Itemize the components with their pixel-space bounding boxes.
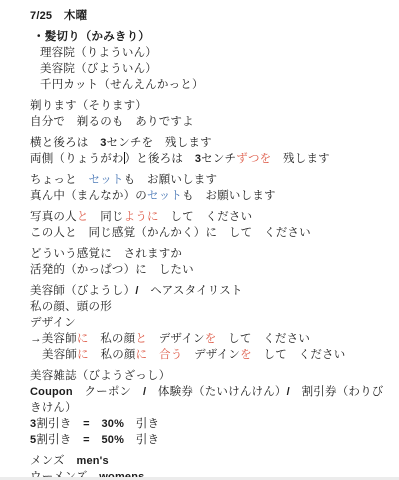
text-segment: 美容雑誌（びようざっし） xyxy=(30,370,170,382)
shave-section: 剃ります（そります）自分で 剃るのも ありですよ xyxy=(30,98,393,130)
text-segment: 私の顔 xyxy=(89,349,136,361)
text-line[interactable]: 横と後ろは 3センチを 残します xyxy=(30,135,393,151)
text-line[interactable]: 3割引き = 30% 引き xyxy=(30,416,393,432)
stylist-section: 美容師（びようし）/ ヘアスタイリスト私の顔、頭の形デザイン→美容師に 私の顔と… xyxy=(30,283,393,363)
text-segment: 木曜 xyxy=(52,10,87,22)
text-segment: 引き xyxy=(124,434,159,446)
text-line[interactable]: 美容雑誌（びようざっし） xyxy=(30,368,393,384)
text-segment xyxy=(90,418,102,430)
text-segment: して ください xyxy=(216,333,310,345)
text-segment xyxy=(90,434,102,446)
text-segment: 引き xyxy=(124,418,159,430)
highlighted-text: と xyxy=(135,333,147,345)
text-segment: して ください xyxy=(159,211,253,223)
text-segment: 自分で 剃るのも ありですよ xyxy=(30,116,194,128)
text-segment: 横と後ろは xyxy=(30,137,100,149)
date-header: 7/25 木曜 xyxy=(30,8,393,24)
text-segment: デザイン xyxy=(182,349,240,361)
text-segment: 割引き xyxy=(36,434,83,446)
text-segment: = xyxy=(83,434,90,446)
text-line[interactable]: 理容院（りよういん） xyxy=(30,45,393,61)
feeling-section: どういう感覚に されますか活発的（かっぱつ）に したい xyxy=(30,246,393,278)
text-line[interactable]: どういう感覚に されますか xyxy=(30,246,393,262)
text-segment: 7/25 xyxy=(30,10,52,22)
text-segment: デザイン xyxy=(147,333,205,345)
highlighted-text: を xyxy=(240,349,252,361)
highlighted-text: に xyxy=(77,333,89,345)
text-segment xyxy=(147,349,159,361)
text-segment: 50% xyxy=(101,434,124,446)
text-segment: クーポン xyxy=(73,386,143,398)
text-segment: 千円カット（せんえんかっと） xyxy=(40,79,204,91)
text-segment: 同じ xyxy=(89,211,124,223)
text-segment: ちょっと xyxy=(30,174,89,186)
highlighted-text: に xyxy=(136,349,148,361)
text-segment: 30% xyxy=(101,418,124,430)
same-style-section: 写真の人と 同じように して くださいこの人と 同じ感覚（かんかく）に して く… xyxy=(30,209,393,241)
text-line[interactable]: デザイン xyxy=(30,315,393,331)
text-line[interactable]: ちょっと セットも お願いします xyxy=(30,172,393,188)
highlighted-text: セット xyxy=(89,174,124,186)
text-segment: デザイン xyxy=(30,317,76,329)
text-segment: 理容院（りよういん） xyxy=(40,47,157,59)
text-segment: ）と後ろは xyxy=(125,153,195,165)
text-segment: も お願いします xyxy=(182,190,276,202)
text-line[interactable]: 写真の人と 同じように して ください xyxy=(30,209,393,225)
text-segment: 活発的（かっぱつ）に したい xyxy=(30,264,194,276)
text-line[interactable]: この人と 同じ感覚（かんかく）に して ください xyxy=(30,225,393,241)
text-line[interactable]: 千円カット（せんえんかっと） xyxy=(30,77,393,93)
text-segment: どういう感覚に されますか xyxy=(30,248,182,260)
text-line[interactable]: ・髪切り（かみきり） xyxy=(30,29,393,45)
highlighted-text: ずつを xyxy=(236,153,271,165)
text-line[interactable]: 剃ります（そります） xyxy=(30,98,393,114)
notes-document: 7/25 木曜・髪切り（かみきり）理容院（りよういん）美容院（びよういん）千円カ… xyxy=(0,0,399,480)
text-segment: 両側（りょうがわ xyxy=(30,153,124,165)
text-line[interactable]: メンズ men's xyxy=(30,453,393,469)
text-line[interactable]: 活発的（かっぱつ）に したい xyxy=(30,262,393,278)
text-line[interactable]: 美容師に 私の顔に 合う デザインを して ください xyxy=(30,347,393,363)
text-segment: 私の顔 xyxy=(89,333,136,345)
text-segment: 真ん中（まんなか）の xyxy=(30,190,147,202)
text-segment: も お願いします xyxy=(124,174,218,186)
length-section: 横と後ろは 3センチを 残します両側（りょうがわ）と後ろは 3センチずつを 残し… xyxy=(30,135,393,167)
text-line[interactable]: 真ん中（まんなか）のセットも お願いします xyxy=(30,188,393,204)
highlighted-text: ように xyxy=(124,211,159,223)
text-segment: 美容師（びようし） xyxy=(30,285,135,297)
mens-womens-section: メンズ men'sウーメンズ womens xyxy=(30,453,393,480)
text-segment: 残します xyxy=(271,153,330,165)
text-segment: して ください xyxy=(252,349,346,361)
haircut-vocab-section: ・髪切り（かみきり）理容院（りよういん）美容院（びよういん）千円カット（せんえん… xyxy=(30,29,393,93)
document-body: 7/25 木曜・髪切り（かみきり）理容院（りよういん）美容院（びよういん）千円カ… xyxy=(30,8,393,480)
text-segment: 美容師 xyxy=(42,349,77,361)
text-line[interactable]: Coupon クーポン / 体験券（たいけんけん）/ 割引券（わりびきけん） xyxy=(30,384,393,416)
text-line[interactable]: 美容師（びようし）/ ヘアスタイリスト xyxy=(30,283,393,299)
coupon-section: 美容雑誌（びようざっし）Coupon クーポン / 体験券（たいけんけん）/ 割… xyxy=(30,368,393,448)
highlighted-text: に xyxy=(77,349,89,361)
text-segment: 割引き xyxy=(36,418,83,430)
text-line[interactable]: 7/25 木曜 xyxy=(30,8,393,24)
text-segment: メンズ xyxy=(30,455,76,467)
text-segment: センチ xyxy=(201,153,236,165)
highlighted-text: 合う xyxy=(159,349,182,361)
text-line[interactable]: →美容師に 私の顔と デザインを して ください xyxy=(30,331,393,347)
text-segment: この人と 同じ感覚（かんかく）に して ください xyxy=(30,227,311,239)
text-line[interactable]: 両側（りょうがわ）と後ろは 3センチずつを 残します xyxy=(30,151,393,167)
text-segment: 私の顔、頭の形 xyxy=(30,301,112,313)
text-segment: ・髪切り（かみきり） xyxy=(33,31,150,43)
text-segment: 美容院（びよういん） xyxy=(40,63,157,75)
highlighted-text: セット xyxy=(147,190,182,202)
text-line[interactable]: 私の顔、頭の形 xyxy=(30,299,393,315)
text-segment: ヘアスタイリスト xyxy=(139,285,243,297)
text-segment: Coupon xyxy=(30,386,73,398)
text-segment: →美容師 xyxy=(30,333,77,345)
text-segment: 剃ります（そります） xyxy=(30,100,147,112)
text-line[interactable]: 自分で 剃るのも ありですよ xyxy=(30,114,393,130)
text-segment: 体験券（たいけんけん） xyxy=(146,386,286,398)
text-segment: センチを 残します xyxy=(107,137,212,149)
highlighted-text: と xyxy=(77,211,89,223)
text-segment: men's xyxy=(76,455,108,467)
text-segment: 写真の人 xyxy=(30,211,77,223)
set-section: ちょっと セットも お願いします真ん中（まんなか）のセットも お願いします xyxy=(30,172,393,204)
text-segment: = xyxy=(83,418,90,430)
highlighted-text: を xyxy=(205,333,217,345)
text-line[interactable]: 美容院（びよういん） xyxy=(30,61,393,77)
text-line[interactable]: 5割引き = 50% 引き xyxy=(30,432,393,448)
